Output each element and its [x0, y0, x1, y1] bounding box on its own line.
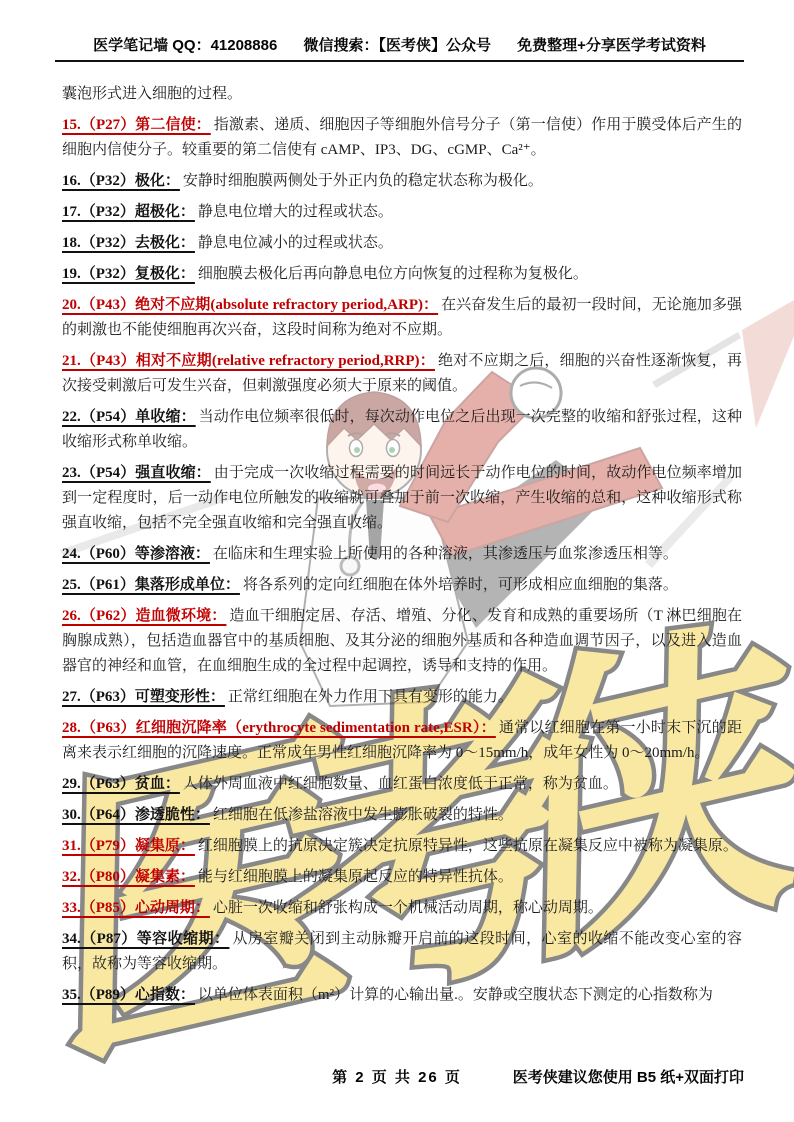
item-body: 心脏一次收缩和舒张构成一个机械活动周期，称心动周期。: [213, 900, 603, 916]
item-body: 将各系列的定向红细胞在体外培养时，可形成相应血细胞的集落。: [243, 577, 678, 593]
document-page: 医考侠 医学笔记墙 QQ：41208886 微信搜索：【医考侠】公众号 免费整理…: [0, 0, 794, 1122]
item-label: 23.（P54）强直收缩：: [62, 465, 214, 481]
definition-item: 29.（P63）贫血：人体外周血液中红细胞数量、血红蛋白浓度低于正常，称为贫血。: [62, 772, 742, 797]
definition-item: 34.（P87）等容收缩期：从房室瓣关闭到主动脉瓣开启前的这段时间，心室的收缩不…: [62, 927, 742, 977]
intro-paragraph: 囊泡形式进入细胞的过程。: [62, 82, 742, 107]
item-body: 在临床和生理实验上所使用的各种溶液，其渗透压与血浆渗透压相等。: [213, 546, 678, 562]
definition-item: 32.（P80）凝集素：能与红细胞膜上的凝集原起反应的特异性抗体。: [62, 865, 742, 890]
header-wechat: 微信搜索：【医考侠】公众号: [303, 34, 491, 55]
item-label: 25.（P61）集落形成单位：: [62, 577, 243, 593]
definition-item: 19.（P32）复极化：细胞膜去极化后再向静息电位方向恢复的过程称为复极化。: [62, 262, 742, 287]
header-slogan: 免费整理+分享医学考试资料: [517, 34, 706, 55]
item-label: 33.（P85）心动周期：: [62, 900, 213, 916]
definition-item: 18.（P32）去极化：静息电位减小的过程或状态。: [62, 231, 742, 256]
definition-item: 28.（P63）红细胞沉降率（erythrocyte sedimentation…: [62, 716, 742, 766]
definition-item: 16.（P32）极化：安静时细胞膜两侧处于外正内负的稳定状态称为极化。: [62, 169, 742, 194]
item-body: 能与红细胞膜上的凝集原起反应的特异性抗体。: [198, 869, 513, 885]
definition-item: 20.（P43）绝对不应期(absolute refractory period…: [62, 293, 742, 343]
page-header: 医学笔记墙 QQ：41208886 微信搜索：【医考侠】公众号 免费整理+分享医…: [55, 34, 744, 55]
document-body: 囊泡形式进入细胞的过程。 15.（P27）第二信使：指激素、递质、细胞因子等细胞…: [62, 82, 742, 1014]
item-label: 17.（P32）超极化：: [62, 204, 198, 220]
item-label: 19.（P32）复极化：: [62, 266, 198, 282]
item-label: 26.（P62）造血微环境：: [62, 608, 229, 624]
item-label: 21.（P43）相对不应期(relative refractory period…: [62, 353, 438, 369]
definition-item: 22.（P54）单收缩：当动作电位频率很低时，每次动作电位之后出现一次完整的收缩…: [62, 405, 742, 455]
definition-item: 23.（P54）强直收缩：由于完成一次收缩过程需要的时间远长于动作电位的时间，故…: [62, 461, 742, 536]
item-body: 静息电位减小的过程或状态。: [198, 235, 393, 251]
items-list: 15.（P27）第二信使：指激素、递质、细胞因子等细胞外信号分子（第一信使）作用…: [62, 113, 742, 1008]
definition-item: 33.（P85）心动周期：心脏一次收缩和舒张构成一个机械活动周期，称心动周期。: [62, 896, 742, 921]
definition-item: 17.（P32）超极化：静息电位增大的过程或状态。: [62, 200, 742, 225]
item-body: 以单位体表面积（m²）计算的心输出量.。安静或空腹状态下测定的心指数称为: [198, 987, 713, 1003]
item-body: 红细胞在低渗盐溶液中发生膨胀破裂的特性。: [213, 807, 513, 823]
definition-item: 25.（P61）集落形成单位：将各系列的定向红细胞在体外培养时，可形成相应血细胞…: [62, 573, 742, 598]
definition-item: 21.（P43）相对不应期(relative refractory period…: [62, 349, 742, 399]
definition-item: 30.（P64）渗透脆性：红细胞在低渗盐溶液中发生膨胀破裂的特性。: [62, 803, 742, 828]
item-label: 16.（P32）极化：: [62, 173, 183, 189]
item-label: 28.（P63）红细胞沉降率（erythrocyte sedimentation…: [62, 720, 499, 736]
item-label: 29.（P63）贫血：: [62, 776, 183, 792]
print-tip: 医考侠建议您使用 B5 纸+双面打印: [513, 1066, 744, 1087]
item-body: 红细胞膜上的抗原决定簇决定抗原特异性，这些抗原在凝集反应中被称为凝集原。: [198, 838, 738, 854]
item-body: 细胞膜去极化后再向静息电位方向恢复的过程称为复极化。: [198, 266, 588, 282]
item-body: 正常红细胞在外力作用下具有变形的能力。: [228, 689, 513, 705]
definition-item: 15.（P27）第二信使：指激素、递质、细胞因子等细胞外信号分子（第一信使）作用…: [62, 113, 742, 163]
item-body: 静息电位增大的过程或状态。: [198, 204, 393, 220]
item-label: 20.（P43）绝对不应期(absolute refractory period…: [62, 297, 441, 313]
header-divider: [55, 60, 744, 62]
page-number: 第 2 页 共 26 页: [332, 1066, 462, 1087]
item-label: 18.（P32）去极化：: [62, 235, 198, 251]
item-body: 人体外周血液中红细胞数量、血红蛋白浓度低于正常，称为贫血。: [183, 776, 618, 792]
item-label: 32.（P80）凝集素：: [62, 869, 198, 885]
item-body: 安静时细胞膜两侧处于外正内负的稳定状态称为极化。: [183, 173, 543, 189]
item-label: 35.（P89）心指数：: [62, 987, 198, 1003]
definition-item: 24.（P60）等渗溶液：在临床和生理实验上所使用的各种溶液，其渗透压与血浆渗透…: [62, 542, 742, 567]
item-label: 24.（P60）等渗溶液：: [62, 546, 213, 562]
page-footer: 第 2 页 共 26 页 医考侠建议您使用 B5 纸+双面打印: [0, 1066, 794, 1088]
definition-item: 31.（P79）凝集原：红细胞膜上的抗原决定簇决定抗原特异性，这些抗原在凝集反应…: [62, 834, 742, 859]
definition-item: 35.（P89）心指数：以单位体表面积（m²）计算的心输出量.。安静或空腹状态下…: [62, 983, 742, 1008]
item-label: 15.（P27）第二信使：: [62, 117, 214, 133]
item-label: 22.（P54）单收缩：: [62, 409, 199, 425]
definition-item: 26.（P62）造血微环境：造血干细胞定居、存活、增殖、分化、发育和成熟的重要场…: [62, 604, 742, 679]
item-label: 34.（P87）等容收缩期：: [62, 931, 232, 947]
definition-item: 27.（P63）可塑变形性：正常红细胞在外力作用下具有变形的能力。: [62, 685, 742, 710]
item-label: 30.（P64）渗透脆性：: [62, 807, 213, 823]
header-site-qq: 医学笔记墙 QQ：41208886: [93, 34, 277, 55]
item-label: 31.（P79）凝集原：: [62, 838, 198, 854]
item-label: 27.（P63）可塑变形性：: [62, 689, 228, 705]
